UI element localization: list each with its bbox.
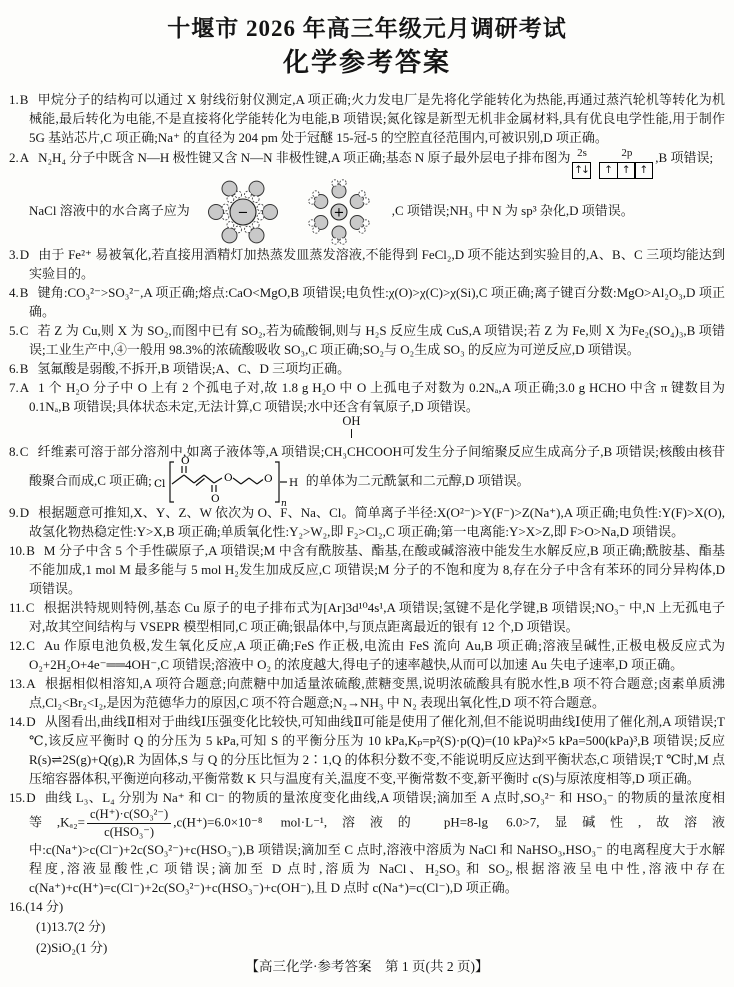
- item-number: 12.: [9, 638, 25, 653]
- part-label: (1): [36, 919, 51, 934]
- answer-item-5: 5.C若 Z 为 Cu,则 X 为 SO₂,而图中已有 SO₂,若为硫酸铜,则与…: [9, 321, 725, 359]
- item-number: 7.: [9, 380, 19, 395]
- oxygen-right-label: O: [264, 473, 273, 485]
- answer-item-8: 8.C纤维素可溶于部分溶剂中,如离子液体等,A 项错误;OHCH₃CHCOOH可…: [9, 416, 725, 503]
- item-number: 14.: [9, 714, 25, 729]
- item-text: N₂H₄ 分子中既含 N—H 极性键又含 N—N 非极性键,A 项正确;基态 N…: [38, 150, 570, 165]
- exam-title: 十堰市 2026 年高三年级元月调研考试: [9, 14, 725, 44]
- ka2-fraction: c(H⁺)·c(SO₃²⁻)c(HSO₃⁻): [87, 807, 171, 840]
- answer-letter: D: [20, 505, 29, 520]
- item-number: 10.: [9, 543, 25, 558]
- answer-letter: B: [20, 361, 29, 376]
- item-text: 根据题意可推知,X、Y、Z、W 依次为 O、F、Na、Cl。简单离子半径:X(O…: [29, 505, 725, 539]
- answer-letter: C: [20, 323, 29, 338]
- item-number: 2.: [9, 150, 19, 165]
- chlorine-label: Cl: [154, 478, 166, 490]
- answer-item-10: 10.BM 分子中含 5 个手性碳原子,A 项错误;M 中含有酰胺基、酯基,在酸…: [9, 541, 725, 598]
- answer-item-6: 6.B氢氟酸是弱酸,不拆开,B 项错误;A、C、D 三项均正确。: [9, 359, 725, 378]
- item-text: 甲烷分子的结构可以通过 X 射线衍射仪测定,A 项正确;火力发电厂是先将化学能转…: [29, 92, 725, 145]
- answer-letter: A: [20, 150, 29, 165]
- item-text: M 分子中含 5 个手性碳原子,A 项错误;M 中含有酰胺基、酯基,在酸或碱溶液…: [29, 543, 725, 596]
- hydrated-ions-diagram: − +: [191, 175, 391, 249]
- answer-item-16: 16.(14 分): [9, 897, 725, 916]
- orbital-2p-label: 2p: [600, 147, 653, 159]
- answer-letter: C: [20, 444, 29, 459]
- item-number: 8.: [9, 444, 19, 459]
- item-score: (14 分): [25, 899, 63, 914]
- answer-subtitle: 化学参考答案: [9, 46, 725, 80]
- item-text: ,B 项错误;: [655, 150, 713, 165]
- answer-item-13: 13.A根据相似相溶知,A 项符合题意;向蔗糖中加适量浓硫酸,蔗糖变黑,说明浓硫…: [9, 674, 725, 712]
- answer-item-2: 2.AN₂H₄ 分子中既含 N—H 极性键又含 N—N 非极性键,A 项正确;基…: [9, 147, 725, 245]
- item-number: 4.: [9, 285, 19, 300]
- orbital-2s-label: 2s: [572, 147, 591, 159]
- answer-sheet-page: { "title": { "line1": "十堰市 2026 年高三年级元月调…: [0, 0, 734, 987]
- item-text: 由于 Fe²⁺ 易被氧化,若直接用酒精灯加热蒸发皿蒸发溶液,不能得到 FeCl₂…: [29, 247, 725, 281]
- orbital-2p-box: ↑: [617, 162, 636, 179]
- fraction-numerator: c(H⁺)·c(SO₃²⁻): [87, 807, 171, 824]
- oxygen-top-label: O: [181, 455, 190, 467]
- answer-item-1: 1.B甲烷分子的结构可以通过 X 射线衍射仪测定,A 项正确;火力发电厂是先将化…: [9, 90, 725, 147]
- answer-item-11: 11.C根据洪特规则特例,基态 Cu 原子的电子排布式为[Ar]3d¹⁰4s¹,…: [9, 598, 725, 636]
- orbital-2p-box: ↑: [634, 162, 653, 179]
- item-text: 氢氟酸是弱酸,不拆开,B 项错误;A、C、D 三项均正确。: [37, 361, 350, 376]
- answer-item-3: 3.D由于 Fe²⁺ 易被氧化,若直接用酒精灯加热蒸发皿蒸发溶液,不能得到 Fe…: [9, 245, 725, 283]
- answer-letter: D: [26, 790, 35, 805]
- polymer-structure: Cl O O O O n H: [153, 455, 305, 509]
- item-number: 15.: [9, 790, 25, 805]
- part-text: SiO₂(1 分): [51, 940, 107, 955]
- lactic-acid-structure: OHCH₃CHCOOH: [324, 442, 402, 461]
- item-text: 从图看出,曲线Ⅱ相对于曲线Ⅰ压强变化比较快,可知曲线Ⅱ可能是使用了催化剂,但不能…: [29, 714, 725, 786]
- answer-letter: C: [26, 638, 35, 653]
- plus-sign: +: [333, 206, 344, 221]
- item-number: 16.: [9, 899, 25, 914]
- fraction-denominator: c(HSO₃⁻): [87, 824, 171, 840]
- item-number: 13.: [9, 676, 25, 691]
- item-text: Au 作原电池负极,发生氧化反应,A 项正确;FeS 作正极,电流由 FeS 流…: [29, 638, 725, 672]
- hydroxyl-label: OH: [342, 414, 360, 428]
- answer-letter: C: [26, 600, 35, 615]
- item-text: 若 Z 为 Cu,则 X 为 SO₂,而图中已有 SO₂,若为硫酸铜,则与 H₂…: [29, 323, 725, 357]
- hydrogen-label: H: [289, 477, 298, 489]
- item-text: ,C 项错误;NH₃ 中 N 为 sp³ 杂化,D 项错误。: [392, 203, 634, 218]
- answer-letter: A: [26, 676, 35, 691]
- item-text: 的单体为二元酰氯和二元醇,D 项错误。: [306, 473, 530, 488]
- answer-item-16-part-1: (1)13.7(2 分): [9, 916, 725, 937]
- item-number: 1.: [9, 92, 19, 107]
- answer-item-4: 4.B键角:CO₃²⁻>SO₃²⁻,A 项正确;熔点:CaO<MgO,B 项错误…: [9, 283, 725, 321]
- answer-item-7: 7.A1 个 H₂O 分子中 O 上有 2 个孤电子对,故 1.8 g H₂O …: [9, 378, 725, 416]
- page-footer: 【高三化学·参考答案 第 1 页(共 2 页)】: [0, 957, 734, 976]
- answer-item-12: 12.CAu 作原电池负极,发生氧化反应,A 项正确;FeS 作正极,电流由 F…: [9, 636, 725, 674]
- answer-item-9: 9.D根据题意可推知,X、Y、Z、W 依次为 O、F、Na、Cl。简单离子半径:…: [9, 503, 725, 541]
- answer-letter: D: [26, 714, 35, 729]
- orbital-diagram: 2s↑↓2p↑↑↑: [572, 147, 653, 179]
- answer-item-14: 14.D从图看出,曲线Ⅱ相对于曲线Ⅰ压强变化比较快,可知曲线Ⅱ可能是使用了催化剂…: [9, 712, 725, 788]
- item-number: 5.: [9, 323, 19, 338]
- part-text: 13.7(2 分): [51, 919, 105, 934]
- orbital-2p-box: ↑: [599, 162, 618, 179]
- item-text: 键角:CO₃²⁻>SO₃²⁻,A 项正确;熔点:CaO<MgO,B 项错误;电负…: [29, 285, 725, 319]
- answer-letter: D: [20, 247, 29, 262]
- item-text: NaCl 溶液中的水合离子应为: [29, 203, 190, 218]
- acid-formula: CH₃CHCOOH: [324, 444, 402, 459]
- item-number: 3.: [9, 247, 19, 262]
- answer-letter: B: [26, 543, 35, 558]
- answer-letter: A: [20, 380, 29, 395]
- answer-letter: B: [20, 285, 29, 300]
- item-number: 6.: [9, 361, 19, 376]
- item-text: 根据洪特规则特例,基态 Cu 原子的电子排布式为[Ar]3d¹⁰4s¹,A 项错…: [29, 600, 725, 634]
- orbital-2s-box: ↑↓: [572, 162, 591, 179]
- answer-item-16-part-2: (2)SiO₂(1 分): [9, 937, 725, 958]
- minus-sign: −: [237, 206, 248, 221]
- bond-line: [351, 429, 352, 438]
- item-number: 11.: [9, 600, 25, 615]
- item-text: 1 个 H₂O 分子中 O 上有 2 个孤电子对,故 1.8 g H₂O 中 O…: [29, 380, 725, 414]
- document-body: 十堰市 2026 年高三年级元月调研考试 化学参考答案 1.B甲烷分子的结构可以…: [0, 0, 734, 958]
- answer-item-15: 15.D曲线 L₃、L₄ 分别为 Na⁺ 和 Cl⁻ 的物质的量浓度变化曲线,A…: [9, 788, 725, 897]
- item-number: 9.: [9, 505, 19, 520]
- part-label: (2): [36, 940, 51, 955]
- answer-letter: B: [20, 92, 29, 107]
- item-text: 根据相似相溶知,A 项符合题意;向蔗糖中加适量浓硫酸,蔗糖变黑,说明浓硫酸具有脱…: [29, 676, 725, 710]
- oxygen-mid-label: O: [224, 472, 233, 484]
